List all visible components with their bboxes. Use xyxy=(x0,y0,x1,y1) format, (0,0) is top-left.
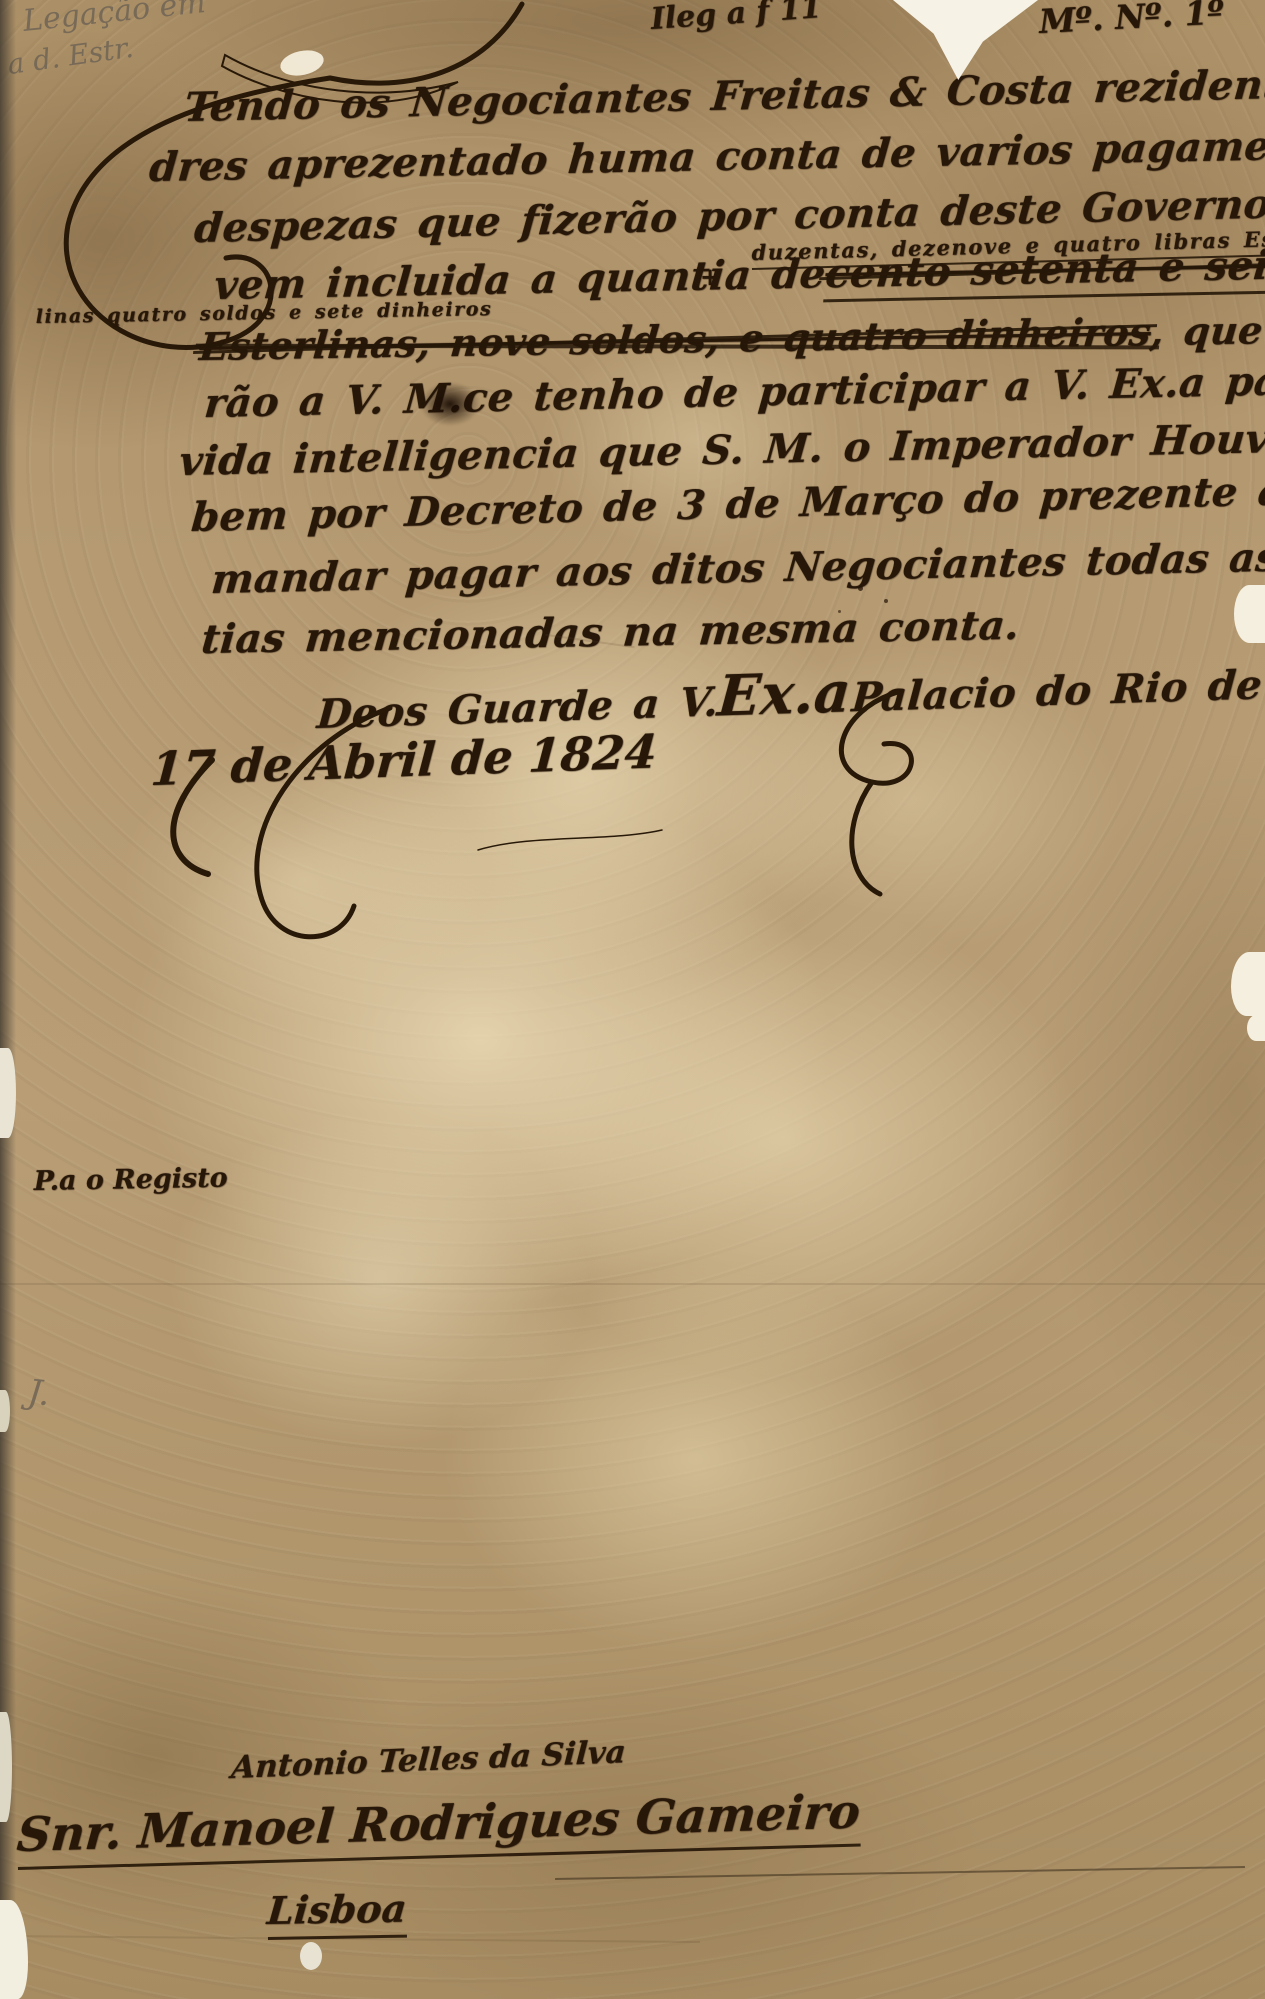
ink-speck xyxy=(884,599,888,603)
register-note: Ileg a f 11 xyxy=(650,0,823,37)
crease-line-right xyxy=(555,1866,1245,1880)
signature-text: Antonio Telles da Silva xyxy=(230,1734,627,1786)
addressee-line: Snr. Manoel Rodrigues Gameiro xyxy=(16,1784,861,1870)
honorific-flourish-ornament xyxy=(780,662,930,922)
line-text: tias mencionadas na mesma conta. xyxy=(200,602,1022,663)
torn-edge-left-2 xyxy=(0,1712,12,1822)
registry-margin-note: P.a o Registo xyxy=(33,1163,227,1197)
place-text: Lisboa xyxy=(266,1886,409,1934)
body-line: mandar pagar aos ditos Negociantes todas… xyxy=(211,530,1265,603)
torn-edge-left-1 xyxy=(0,1048,16,1138)
date-tail-flourish-ornament xyxy=(120,742,280,892)
manuscript-page: Legação em a d. Estr. Ileg a f 11 Mº. Nº… xyxy=(0,0,1265,1999)
line-text: mandar pagar aos ditos Negociantes todas… xyxy=(210,530,1265,603)
ink-speck xyxy=(858,586,863,591)
left-edge-shadow xyxy=(0,0,16,1999)
body-line: tias mencionadas na mesma conta. xyxy=(201,602,1020,663)
addressee-place: Lisboa xyxy=(267,1886,407,1940)
ink-blot xyxy=(420,382,480,426)
paper-gap xyxy=(278,47,326,80)
torn-edge-right-3 xyxy=(1247,1015,1265,1041)
torn-edge-left-4 xyxy=(0,1390,10,1432)
torn-edge-left-3 xyxy=(0,1900,28,1999)
line-text: , que adianta= xyxy=(1149,304,1265,354)
pencil-swirl-mark xyxy=(470,822,670,862)
paper-spot xyxy=(300,1942,322,1970)
pencil-margin-mark: J. xyxy=(26,1372,52,1414)
addressee-text: Snr. Manoel Rodrigues Gameiro xyxy=(15,1784,862,1863)
folio-mark: Mº. Nº. 1º xyxy=(1038,0,1225,41)
torn-edge-right-2 xyxy=(1231,952,1265,1016)
torn-edge-right-1 xyxy=(1234,585,1265,643)
ink-speck xyxy=(838,610,841,613)
signature: Antonio Telles da Silva xyxy=(231,1734,627,1786)
fold-crease xyxy=(0,1283,1265,1285)
